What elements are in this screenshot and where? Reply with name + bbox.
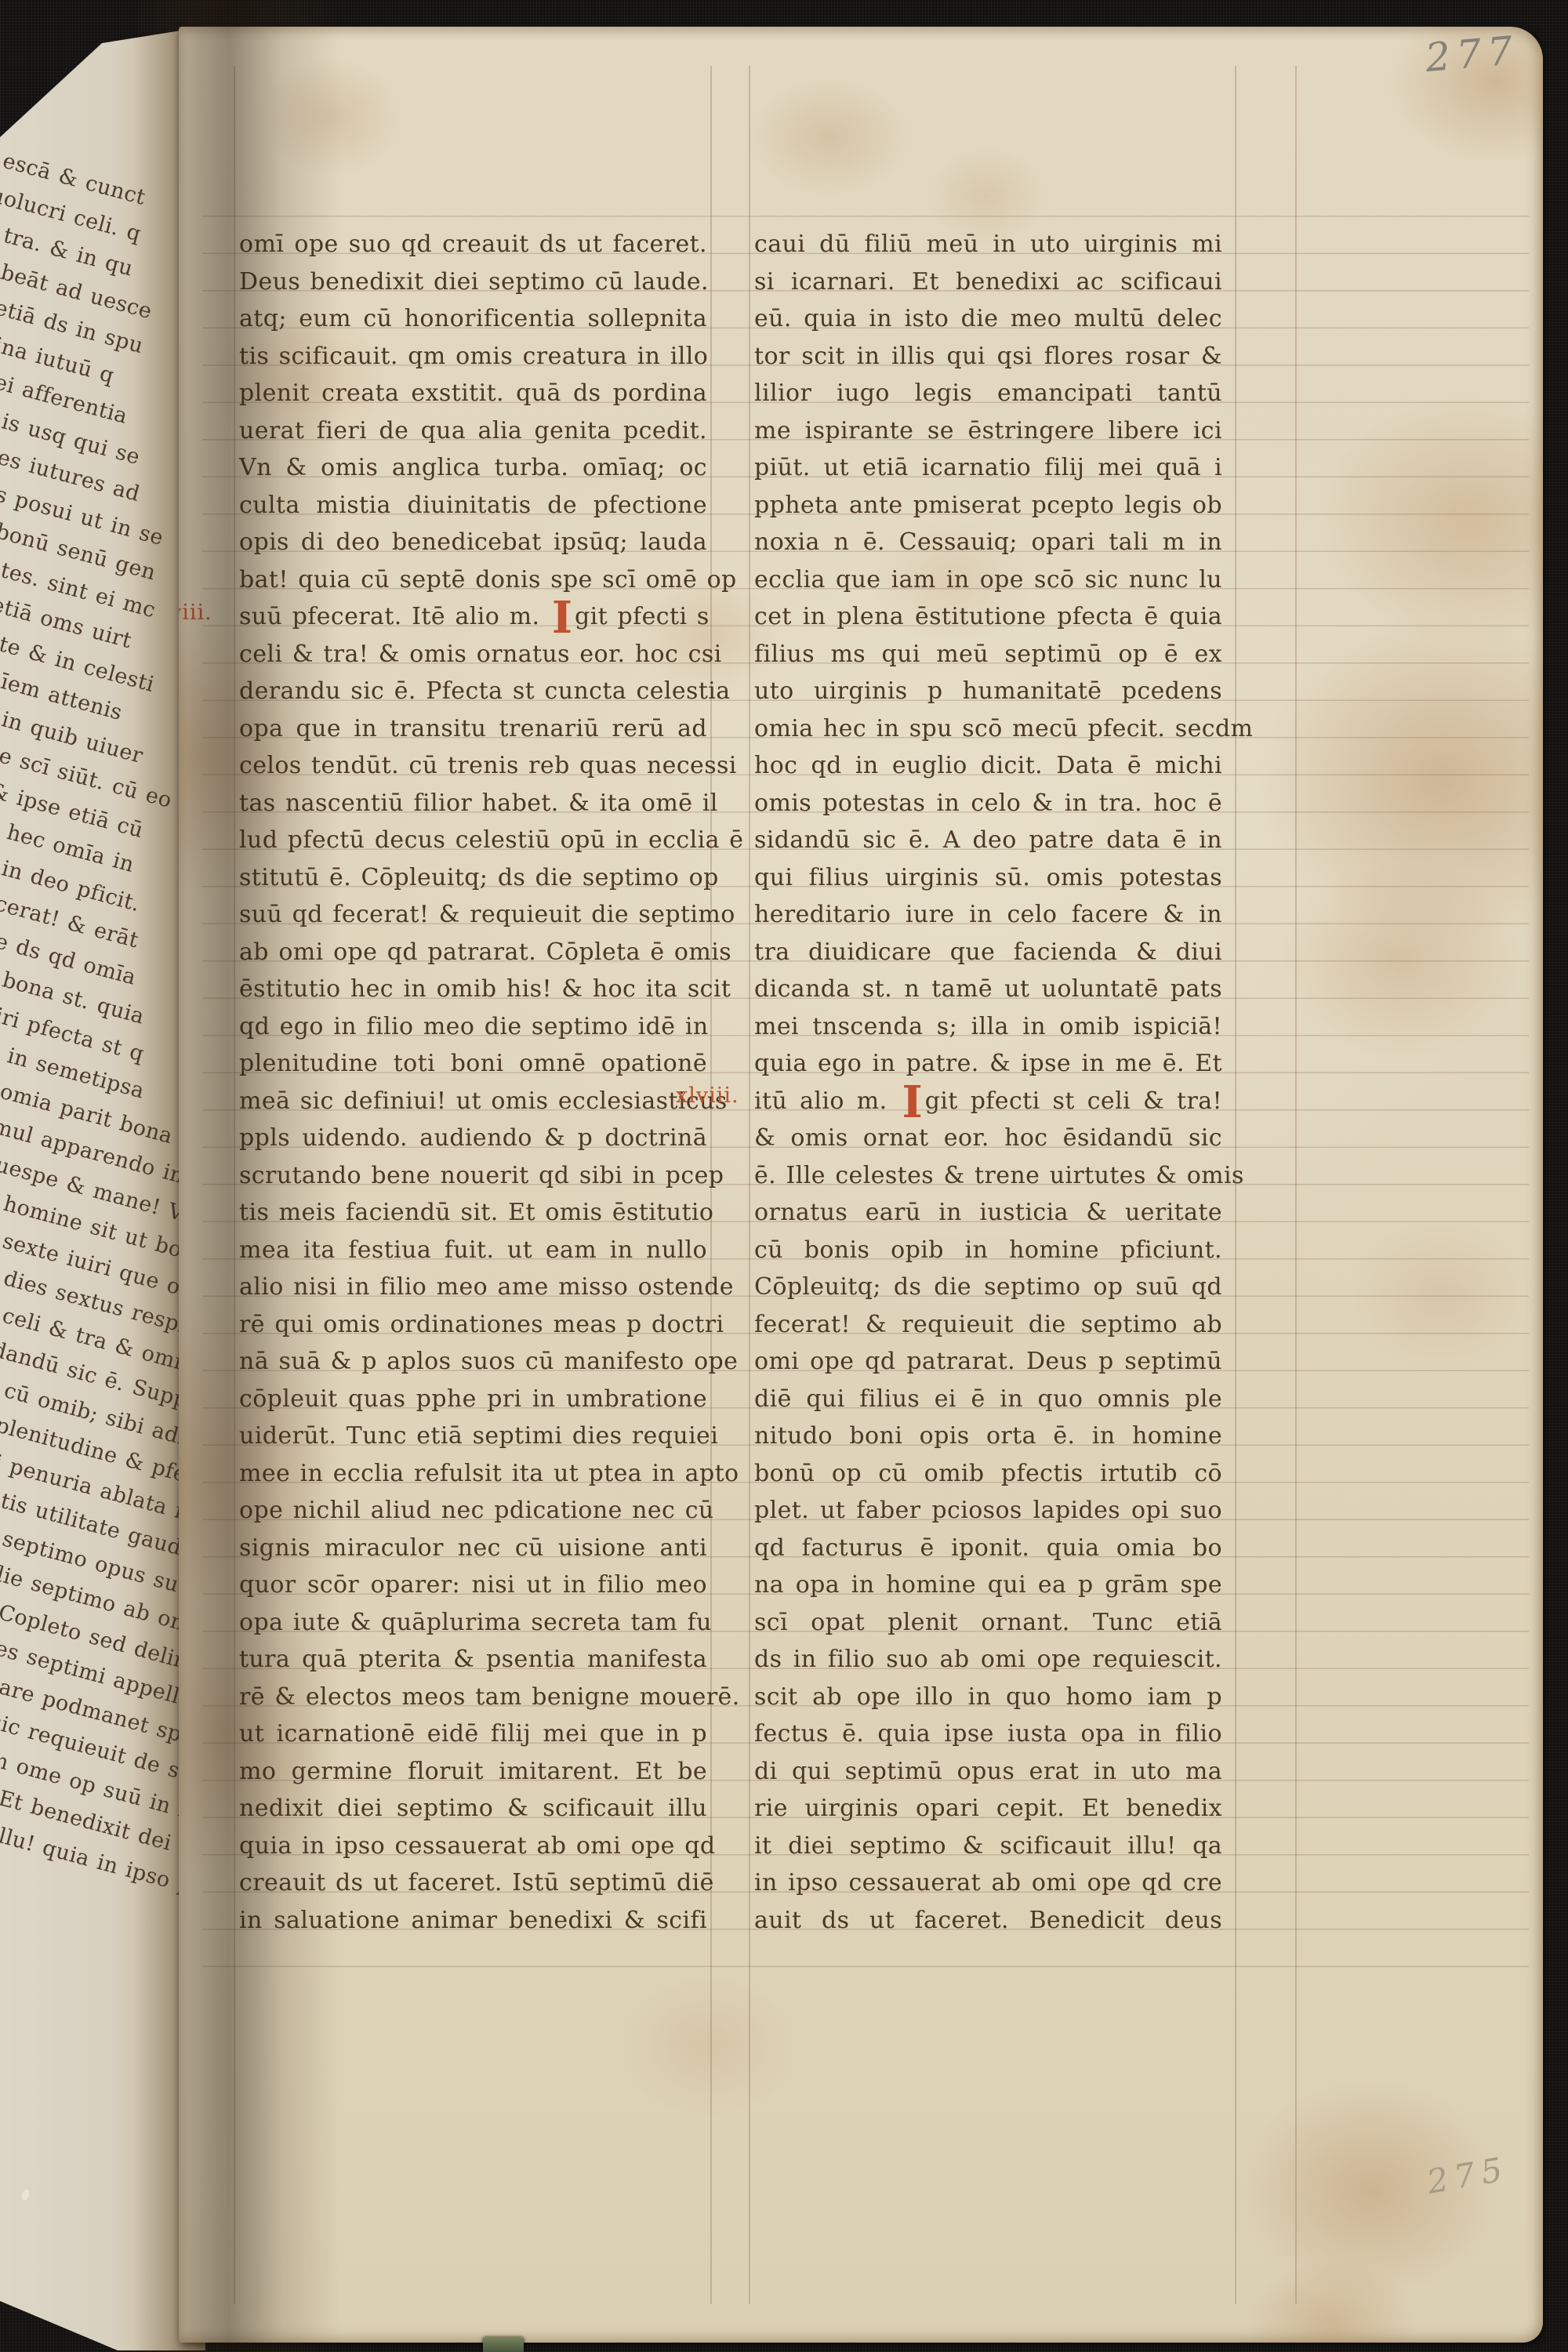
manuscript-line: uerat fieri de qua alia genita pcedit. <box>239 412 707 450</box>
manuscript-line: ope nichil aliud nec pdicatione nec cū <box>239 1492 707 1530</box>
manuscript-line: nitudo boni opis orta ē. in homine <box>754 1417 1222 1455</box>
manuscript-line: ecclia que iam in ope scō sic nunc lu <box>754 561 1222 599</box>
manuscript-line: omi ope qd patrarat. Deus p septimū <box>754 1343 1222 1381</box>
manuscript-line: fectus ē. quia ipse iusta opa in filio <box>754 1715 1222 1753</box>
manuscript-line: mo germine floruit imitarent. Et be <box>239 1753 707 1791</box>
manuscript-line: scrutando bene nouerit qd sibi in pcep <box>239 1157 707 1195</box>
manuscript-line: Cōpleuitq; ds die septimo op suū qd <box>754 1269 1222 1306</box>
manuscript-line: ēstitutio hec in omib his! & hoc ita sci… <box>239 971 707 1008</box>
manuscript-line: hereditario iure in celo facere & in <box>754 896 1222 934</box>
manuscript-line: in ipso cessauerat ab omi ope qd cre <box>754 1864 1222 1902</box>
manuscript-line: qd ego in filio meo die septimo idē in <box>239 1008 707 1046</box>
text-column-left: omī ope suo qd creauit ds ut faceret.Deu… <box>239 226 707 1939</box>
manuscript-line: me ispirante se ēstringere libere ici <box>754 412 1222 450</box>
manuscript-line: rē & electos meos tam benigne mouerē. <box>239 1679 707 1716</box>
manuscript-line: qd facturus ē iponit. quia omia bo <box>754 1530 1222 1567</box>
manuscript-line: bonū op cū omib pfectis irtutib cō <box>754 1455 1222 1493</box>
manuscript-line: ē. Ille celestes & trene uirtutes & omis <box>754 1157 1222 1195</box>
manuscript-line: rē qui omis ordinationes meas p doctri <box>239 1306 707 1344</box>
manuscript-line: suū qd fecerat! & requieuit die septimo <box>239 896 707 934</box>
vertical-ruling-line <box>749 66 750 2304</box>
folio-number-pencil-top: 277 <box>1424 27 1521 81</box>
manuscript-line: quor scōr oparer: nisi ut in filio meo <box>239 1566 707 1604</box>
line-text: itū alio m. <box>754 1087 900 1115</box>
text-column-right: caui dū filiū meū in uto uirginis misi i… <box>754 226 1222 1939</box>
manuscript-line: rie uirginis opari cepit. Et benedix <box>754 1790 1222 1828</box>
manuscript-line: suū pfecerat. Itē alio m. Igit pfecti s <box>239 598 707 636</box>
manuscript-line: scit ab ope illo in quo homo iam p <box>754 1679 1222 1716</box>
manuscript-line: caui dū filiū meū in uto uirginis mi <box>754 226 1222 263</box>
manuscript-line: tura quā pterita & psentia manifesta <box>239 1641 707 1679</box>
line-text: git pfecti st celi & tra! <box>925 1087 1222 1115</box>
manuscript-line: ppheta ante pmiserat pcepto legis ob <box>754 487 1222 524</box>
manuscript-line: na opa in homine qui ea p grām spe <box>754 1566 1222 1604</box>
manuscript-line: Vn & omis anglica turba. omīaq; oc <box>239 449 707 487</box>
manuscript-line: celos tendūt. cū trenis reb quas necessi <box>239 747 707 785</box>
manuscript-line: plet. ut faber pciosos lapides opi suo <box>754 1492 1222 1530</box>
manuscript-line: piūt. ut etiā icarnatio filij mei quā i <box>754 449 1222 487</box>
manuscript-line: nedixit diei septimo & scificauit illu <box>239 1790 707 1828</box>
manuscript-line: mei tnscenda s; illa in omib ispiciā! <box>754 1008 1222 1046</box>
manuscript-line: ornatus earū in iusticia & ueritate <box>754 1194 1222 1232</box>
manuscript-line: celi & tra! & omis ornatus eor. hoc csi <box>239 636 707 673</box>
manuscript-line: uiderūt. Tunc etiā septimi dies requiei <box>239 1417 707 1455</box>
manuscript-line: opis di deo benedicebat ipsūq; lauda <box>239 524 707 561</box>
manuscript-line: opa iute & quāplurima secreta tam fu <box>239 1604 707 1642</box>
manuscript-line: plenit creata exstitit. quā ds pordina <box>239 375 707 412</box>
manuscript-line: hoc qd in euglio dicit. Data ē michi <box>754 747 1222 785</box>
manuscript-line: in saluatione animar benedixi & scifi <box>239 1902 707 1940</box>
manuscript-line: plenitudine toti boni omnē opationē <box>239 1045 707 1083</box>
manuscript-line: quia ego in patre. & ipse in me ē. Et <box>754 1045 1222 1083</box>
manuscript-line: eū. quia in isto die meo multū delec <box>754 300 1222 338</box>
vertical-ruling-line <box>234 66 235 2304</box>
manuscript-line: signis miraculor nec cū uisione anti <box>239 1530 707 1567</box>
manuscript-line: auit ds ut faceret. Benedicit deus <box>754 1902 1222 1940</box>
manuscript-line: di qui septimū opus erat in uto ma <box>754 1753 1222 1791</box>
book-clasp <box>483 2337 524 2352</box>
manuscript-line: si icarnari. Et benedixi ac scificaui <box>754 263 1222 301</box>
manuscript-line: it diei septimo & scificauit illu! qa <box>754 1828 1222 1865</box>
chapter-number-rubric-xlviii: xlviii. <box>676 1085 739 1106</box>
manuscript-line: atq; eum cū honorificentia sollepnita <box>239 300 707 338</box>
manuscript-line: scī opat plenit ornant. Tunc etiā <box>754 1604 1222 1642</box>
manuscript-line: cet in plena ēstitutione pfecta ē quia <box>754 598 1222 636</box>
manuscript-line: cū bonis opib in homine pficiunt. <box>754 1232 1222 1269</box>
line-text: git pfecti s <box>575 603 710 630</box>
manuscript-line: ppls uidendo. audiendo & p doctrinā <box>239 1120 707 1157</box>
manuscript-line: tis scificauit. qm omis creatura in illo <box>239 338 707 376</box>
manuscript-line: sidandū sic ē. A deo patre data ē in <box>754 822 1222 859</box>
manuscript-line: Deus benedixit diei septimo cū laude. <box>239 263 707 301</box>
manuscript-line: tra diuidicare que facienda & diui <box>754 934 1222 971</box>
manuscript-page: omī ope suo qd creauit ds ut faceret.Deu… <box>179 27 1543 2343</box>
manuscript-line: diē qui filius ei ē in quo omnis ple <box>754 1381 1222 1418</box>
manuscript-line: nā suā & p aplos suos cū manifesto ope <box>239 1343 707 1381</box>
manuscript-line: lilior iugo legis emancipati tantū <box>754 375 1222 412</box>
manuscript-line: ab omi ope qd patrarat. Cōpleta ē omis <box>239 934 707 971</box>
manuscript-line: tis meis faciendū sit. Et omis ēstitutio <box>239 1194 707 1232</box>
manuscript-line: derandu sic ē. Pfecta st cuncta celestia <box>239 673 707 710</box>
line-text: suū pfecerat. Itē alio m. <box>239 603 550 630</box>
folio-number-pencil-bottom: 275 <box>1425 2149 1512 2201</box>
manuscript-line: omia hec in spu scō mecū pfecit. secdm <box>754 710 1222 748</box>
facing-page-sliver: m escā & cunct; uolucri celi. qin tra. &… <box>0 0 205 2352</box>
chapter-number-rubric-viii: viii. <box>179 602 212 623</box>
manuscript-line: creauit ds ut faceret. Istū septimū diē <box>239 1864 707 1902</box>
manuscript-line: tor scit in illis qui qsi flores rosar & <box>754 338 1222 376</box>
manuscript-line: omī ope suo qd creauit ds ut faceret. <box>239 226 707 263</box>
manuscript-line: mea ita festiua fuit. ut eam in nullo <box>239 1232 707 1269</box>
manuscript-line: stitutū ē. Cōpleuitq; ds die septimo op <box>239 859 707 897</box>
manuscript-line: ut icarnationē eidē filij mei que in p <box>239 1715 707 1753</box>
manuscript-line: itū alio m. Igit pfecti st celi & tra! <box>754 1083 1222 1120</box>
manuscript-line: tas nascentiū filior habet. & ita omē il <box>239 785 707 822</box>
manuscript-line: uto uirginis p humanitatē pcedens <box>754 673 1222 710</box>
manuscript-line: culta mistia diuinitatis de pfectione <box>239 487 707 524</box>
manuscript-line: fecerat! & requieuit die septimo ab <box>754 1306 1222 1344</box>
manuscript-line: alio nisi in filio meo ame misso ostende <box>239 1269 707 1306</box>
manuscript-line: filius ms qui meū septimū op ē ex <box>754 636 1222 673</box>
manuscript-line: lud pfectū decus celestiū opū in ecclia … <box>239 822 707 859</box>
manuscript-line: noxia n ē. Cessauiq; opari tali m in <box>754 524 1222 561</box>
manuscript-line: mee in ecclia refulsit ita ut ptea in ap… <box>239 1455 707 1493</box>
manuscript-line: ds in filio suo ab omi ope requiescit. <box>754 1641 1222 1679</box>
vertical-ruling-line <box>1295 66 1297 2304</box>
manuscript-line: qui filius uirginis sū. omis potestas <box>754 859 1222 897</box>
photograph-of-manuscript: { "page": { "folio_number_top": "277", "… <box>0 0 1568 2352</box>
manuscript-line: dicanda st. n tamē ut uoluntatē pats <box>754 971 1222 1008</box>
manuscript-line: meā sic definiui! ut omis ecclesiasticus <box>239 1083 707 1120</box>
manuscript-line: bat! quia cū septē donis spe scī omē op <box>239 561 707 599</box>
manuscript-line: quia in ipso cessauerat ab omi ope qd <box>239 1828 707 1865</box>
manuscript-line: opa que in transitu trenariū rerū ad <box>239 710 707 748</box>
manuscript-line: cōpleuit quas pphe pri in umbratione <box>239 1381 707 1418</box>
manuscript-line: omis potestas in celo & in tra. hoc ē <box>754 785 1222 822</box>
manuscript-line: & omis ornat eor. hoc ēsidandū sic <box>754 1120 1222 1157</box>
